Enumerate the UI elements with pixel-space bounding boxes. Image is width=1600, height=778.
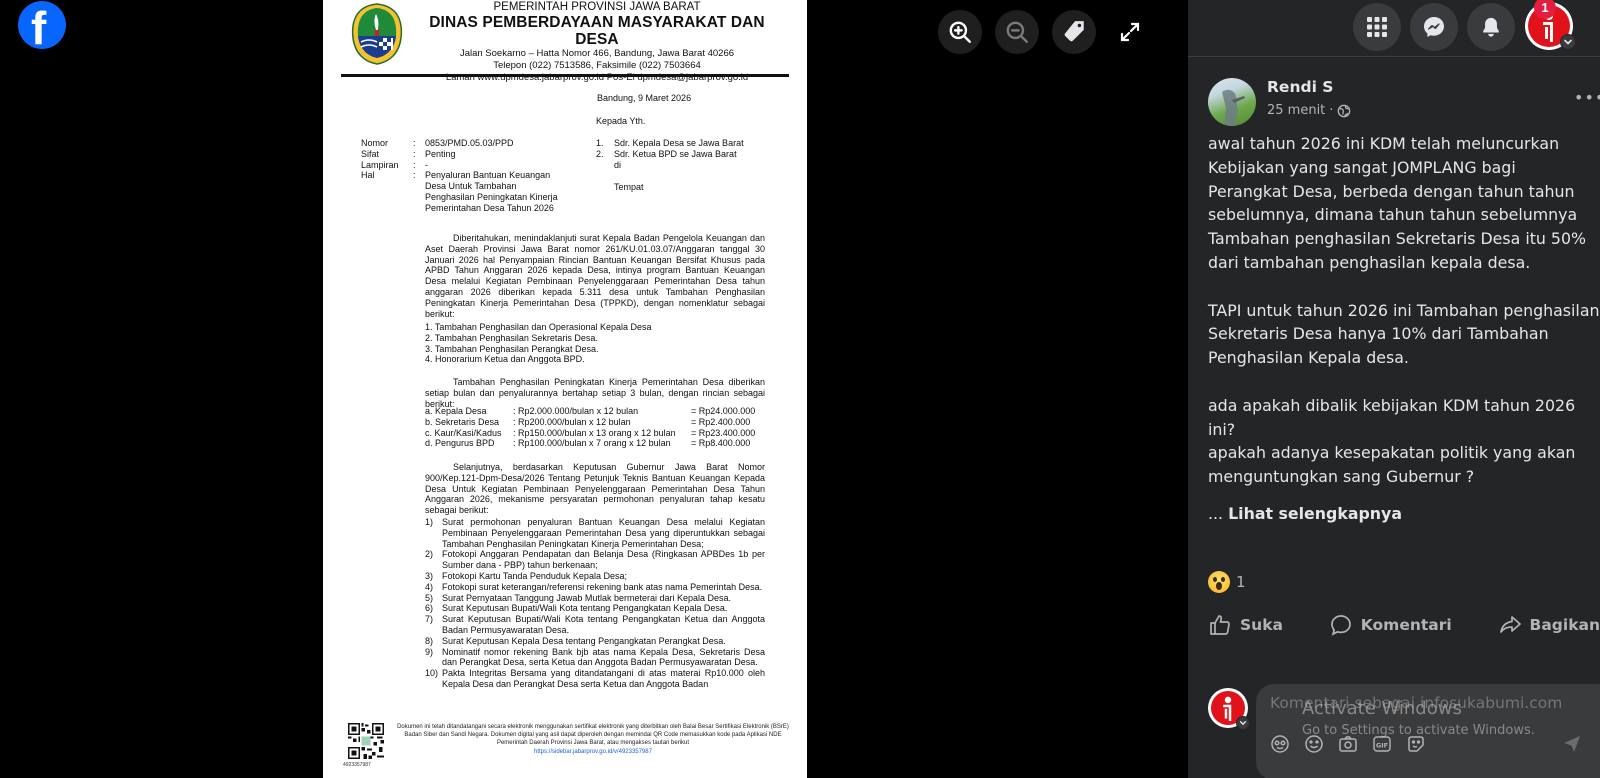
comment-tools: GIF [1270, 734, 1426, 754]
photo-button[interactable] [1338, 734, 1358, 754]
ellipsis: ... [1208, 504, 1228, 523]
tag-button[interactable] [1052, 10, 1096, 54]
zoom-in-button[interactable] [938, 10, 982, 54]
role: a. Kepala Desa [425, 406, 513, 417]
send-icon [1562, 734, 1582, 754]
qr-code-icon [348, 723, 384, 759]
item-number: 4) [425, 582, 442, 593]
share-label: Bagikan [1530, 616, 1600, 634]
verification-link[interactable]: https://sidebar.jabarprov.go.id/v/492335… [534, 749, 652, 755]
avatar-sticker-icon [1270, 734, 1290, 754]
letter-date: Bandung, 9 Maret 2026 [597, 93, 691, 104]
item-number: 8) [425, 636, 442, 647]
meta-value: Penting [425, 149, 575, 160]
item-text: Pakta Integritas Bersama yang ditandatan… [442, 668, 765, 690]
comment-label: Komentari [1361, 616, 1452, 634]
total: = Rp8.400.000 [691, 438, 765, 449]
list-item: 6)Surat Keputusan Bupati/Wali Kota tenta… [425, 603, 765, 614]
meta-key: Lampiran [361, 160, 413, 171]
avatar-sticker-button[interactable] [1270, 734, 1290, 754]
item-text: Surat Keputusan Bupati/Wali Kota tentang… [442, 614, 765, 636]
zoom-in-icon [947, 19, 973, 45]
see-more-link[interactable]: Lihat selengkapnya [1228, 504, 1402, 523]
calculation: : Rp200.000/bulan x 12 bulan [513, 417, 691, 428]
item-text: Surat Keputusan Bupati/Wali Kota tentang… [442, 603, 765, 614]
item-text: Surat Pernyataan Tanggung Jawab Mutlak b… [442, 593, 765, 604]
table-row: c. Kaur/Kasi/Kadus: Rp150.000/bulan x 13… [425, 428, 765, 439]
list-item: 7)Surat Keputusan Bupati/Wali Kota tenta… [425, 614, 765, 636]
meta-value: Penyaluran Bantuan Keuangan Desa Untuk T… [425, 170, 565, 213]
letterhead-address: Jalan Soekarno – Hatta Nomor 466, Bandun… [407, 48, 787, 60]
share-button[interactable]: Bagikan [1498, 607, 1600, 643]
list-item: 2)Fotokopi Anggaran Pendapatan dan Belan… [425, 549, 765, 571]
fullscreen-button[interactable] [1108, 10, 1152, 54]
share-arrow-icon [1498, 613, 1522, 637]
paragraph-3: Selanjutnya, berdasarkan Keputusan Guber… [425, 462, 765, 516]
meta-value: - [425, 160, 575, 171]
list-item: 9)Nominatif nomor rekening Bank bjb atas… [425, 647, 765, 669]
item-text: Surat Keputusan Kepala Desa tentang Peng… [442, 636, 765, 647]
thumbs-up-icon [1208, 613, 1232, 637]
facebook-f-glyph: f [31, 5, 46, 49]
post-author[interactable]: Rendi S [1267, 78, 1333, 96]
qr-code-label: 4923357987 [343, 762, 371, 768]
letter-addressee-label: Kepada Yth. [596, 116, 645, 127]
list-item: 3)Fotokopi Kartu Tanda Penduduk Kepala D… [425, 571, 765, 582]
jabar-emblem-icon [349, 2, 405, 66]
letterhead-phone: Telepon (022) 7513586, Faksimile (022) 7… [407, 60, 787, 72]
nomenklatur-list: 1. Tambahan Penghasilan dan Operasional … [425, 322, 765, 365]
list-item: 1. Tambahan Penghasilan dan Operasional … [425, 322, 765, 333]
item-number: 6) [425, 603, 442, 614]
total: = Rp2.400.000 [691, 417, 765, 428]
sticker-button[interactable] [1406, 734, 1426, 754]
menu-button[interactable] [1353, 3, 1401, 51]
item-text: Surat permohonan penyaluran Bantuan Keua… [442, 517, 765, 549]
total: = Rp24.000.000 [691, 406, 765, 417]
photo-viewer: f PEMERINTAH PROVINSI JAWA BARAT DINA [0, 0, 1188, 778]
item-number: 3) [425, 571, 442, 582]
post-timestamp[interactable]: 25 menit [1267, 103, 1325, 118]
role: c. Kaur/Kasi/Kadus [425, 428, 513, 439]
messenger-button[interactable] [1410, 3, 1458, 51]
paragraph-1: Diberitahukan, menindaklanjuti surat Kep… [425, 233, 765, 319]
comment-button[interactable]: Komentari [1329, 607, 1452, 643]
comment-input[interactable] [1270, 694, 1600, 712]
emoji-button[interactable] [1304, 734, 1324, 754]
meta-key: Hal [361, 170, 413, 213]
chevron-down-icon [1563, 37, 1573, 47]
zoom-out-button[interactable] [995, 10, 1039, 54]
total: = Rp23.400.000 [691, 428, 765, 439]
item-number: 9) [425, 647, 442, 669]
meta-key: Sifat [361, 149, 413, 160]
meta-key: Nomor [361, 138, 413, 149]
role: d. Pengurus BPD [425, 438, 513, 449]
comment-composer: GIF [1208, 686, 1600, 778]
send-button[interactable] [1562, 734, 1582, 758]
list-item: 3. Tambahan Penghasilan Perangkat Desa. [425, 344, 765, 355]
like-button[interactable]: Suka [1208, 607, 1283, 643]
calculation: : Rp150.000/bulan x 13 orang x 12 bulan [513, 428, 691, 439]
comment-box: GIF [1256, 684, 1600, 778]
letter-meta: Nomor:0853/PMD.05.03/PPD Sifat:Penting L… [361, 138, 575, 214]
globe-icon [1337, 104, 1351, 118]
income-breakdown-table: a. Kepala Desa: Rp2.000.000/bulan x 12 b… [425, 406, 765, 449]
e-signature-text: Dokumen ini telah ditandatangani secara … [397, 724, 789, 746]
reaction-summary[interactable]: 1 [1208, 571, 1246, 593]
item-text: Nominatif nomor rekening Bank bjb atas n… [442, 647, 765, 669]
bell-icon [1480, 16, 1502, 38]
calculation: : Rp2.000.000/bulan x 12 bulan [513, 406, 691, 417]
item-number: 7) [425, 614, 442, 636]
list-item: 1)Surat permohonan penyaluran Bantuan Ke… [425, 517, 765, 549]
list-item: 10)Pakta Integritas Bersama yang ditanda… [425, 668, 765, 690]
facebook-logo[interactable]: f [18, 1, 66, 49]
expand-icon [1118, 20, 1142, 44]
see-more: ... Lihat selengkapnya [1208, 504, 1402, 523]
post-body: awal tahun 2026 ini KDM telah meluncurka… [1208, 132, 1600, 489]
item-text: Fotokopi Kartu Tanda Penduduk Kepala Des… [442, 571, 765, 582]
meta-separator: · [1329, 103, 1333, 118]
item-number: 5) [425, 593, 442, 604]
letterhead-province: PEMERINTAH PROVINSI JAWA BARAT [407, 0, 787, 14]
list-item: 4. Honorarium Ketua dan Anggota BPD. [425, 354, 765, 365]
role: b. Sekretaris Desa [425, 417, 513, 428]
calculation: : Rp100.000/bulan x 7 orang x 12 bulan [513, 438, 691, 449]
list-item: 8)Surat Keputusan Kepala Desa tentang Pe… [425, 636, 765, 647]
item-number: 1) [425, 517, 442, 549]
zoom-out-icon [1004, 19, 1030, 45]
list-item: 5)Surat Pernyataan Tanggung Jawab Mutlak… [425, 593, 765, 604]
account-menu-chevron[interactable] [1560, 34, 1576, 50]
paragraph-2: Tambahan Penghasilan Peningkatan Kinerja… [425, 377, 765, 409]
letterhead: PEMERINTAH PROVINSI JAWA BARAT DINAS PEM… [323, 0, 807, 76]
like-label: Suka [1240, 616, 1283, 634]
recipient-number [596, 160, 614, 171]
more-options-button[interactable]: ••• [1574, 88, 1600, 107]
item-text: Fotokopi Anggaran Pendapatan dan Belanja… [442, 549, 765, 571]
chevron-down-icon [1239, 719, 1247, 727]
letterhead-agency: DINAS PEMBERDAYAAN MASYARAKAT DAN DESA [407, 14, 787, 48]
letterhead-rule [341, 74, 789, 77]
recipient-number: 1. [596, 138, 614, 149]
post-actions: Suka Komentari Bagikan [1208, 607, 1600, 643]
letter-place: Tempat [614, 182, 644, 193]
author-avatar[interactable] [1208, 78, 1256, 126]
person-photo-icon [1208, 78, 1256, 126]
messenger-icon [1422, 15, 1446, 39]
meta-value: 0853/PMD.05.03/PPD [425, 138, 575, 149]
emoji-icon [1304, 734, 1324, 754]
camera-icon [1338, 734, 1358, 754]
gif-button[interactable]: GIF [1372, 734, 1392, 754]
comment-bubble-icon [1329, 613, 1353, 637]
item-number: 2) [425, 549, 442, 571]
recipient-number: 2. [596, 149, 614, 160]
item-text: Fotokopi surat keterangan/referensi reke… [442, 582, 765, 593]
post-meta: 25 menit · [1267, 103, 1351, 118]
wow-reaction-icon [1208, 571, 1230, 593]
grid-menu-icon [1366, 16, 1388, 38]
table-row: d. Pengurus BPD: Rp100.000/bulan x 7 ora… [425, 438, 765, 449]
gif-icon: GIF [1372, 734, 1392, 754]
reaction-count: 1 [1236, 573, 1246, 591]
table-row: b. Sekretaris Desa: Rp200.000/bulan x 12… [425, 417, 765, 428]
recipient: di [614, 160, 621, 171]
sticker-icon [1406, 734, 1426, 754]
e-signature-notice: Dokumen ini telah ditandatangani secara … [393, 723, 793, 756]
e-signature-footer: 4923357987 Dokumen ini telah ditandatang… [323, 720, 807, 778]
list-item: 2. Tambahan Penghasilan Sekretaris Desa. [425, 333, 765, 344]
table-row: a. Kepala Desa: Rp2.000.000/bulan x 12 b… [425, 406, 765, 417]
svg-text:GIF: GIF [1376, 742, 1388, 750]
recipient: Sdr. Kepala Desa se Jawa Barat [614, 138, 744, 149]
recipient-list: 1.Sdr. Kepala Desa se Jawa Barat 2.Sdr. … [596, 138, 744, 170]
item-number: 10) [425, 668, 442, 690]
commenter-switch-chevron[interactable] [1236, 716, 1250, 730]
notifications-button[interactable] [1467, 3, 1515, 51]
post-header: Rendi S 25 menit · ••• [1208, 78, 1598, 128]
requirements-list: 1)Surat permohonan penyaluran Bantuan Ke… [425, 517, 765, 690]
post-panel: 1 Rendi S 25 menit · ••• awal tahun 2026… [1188, 0, 1600, 778]
tag-icon [1061, 19, 1087, 45]
list-item: 4)Fotokopi surat keterangan/referensi re… [425, 582, 765, 593]
recipient: Sdr. Ketua BPD se Jawa Barat [614, 149, 737, 160]
letter-document: PEMERINTAH PROVINSI JAWA BARAT DINAS PEM… [323, 0, 807, 778]
